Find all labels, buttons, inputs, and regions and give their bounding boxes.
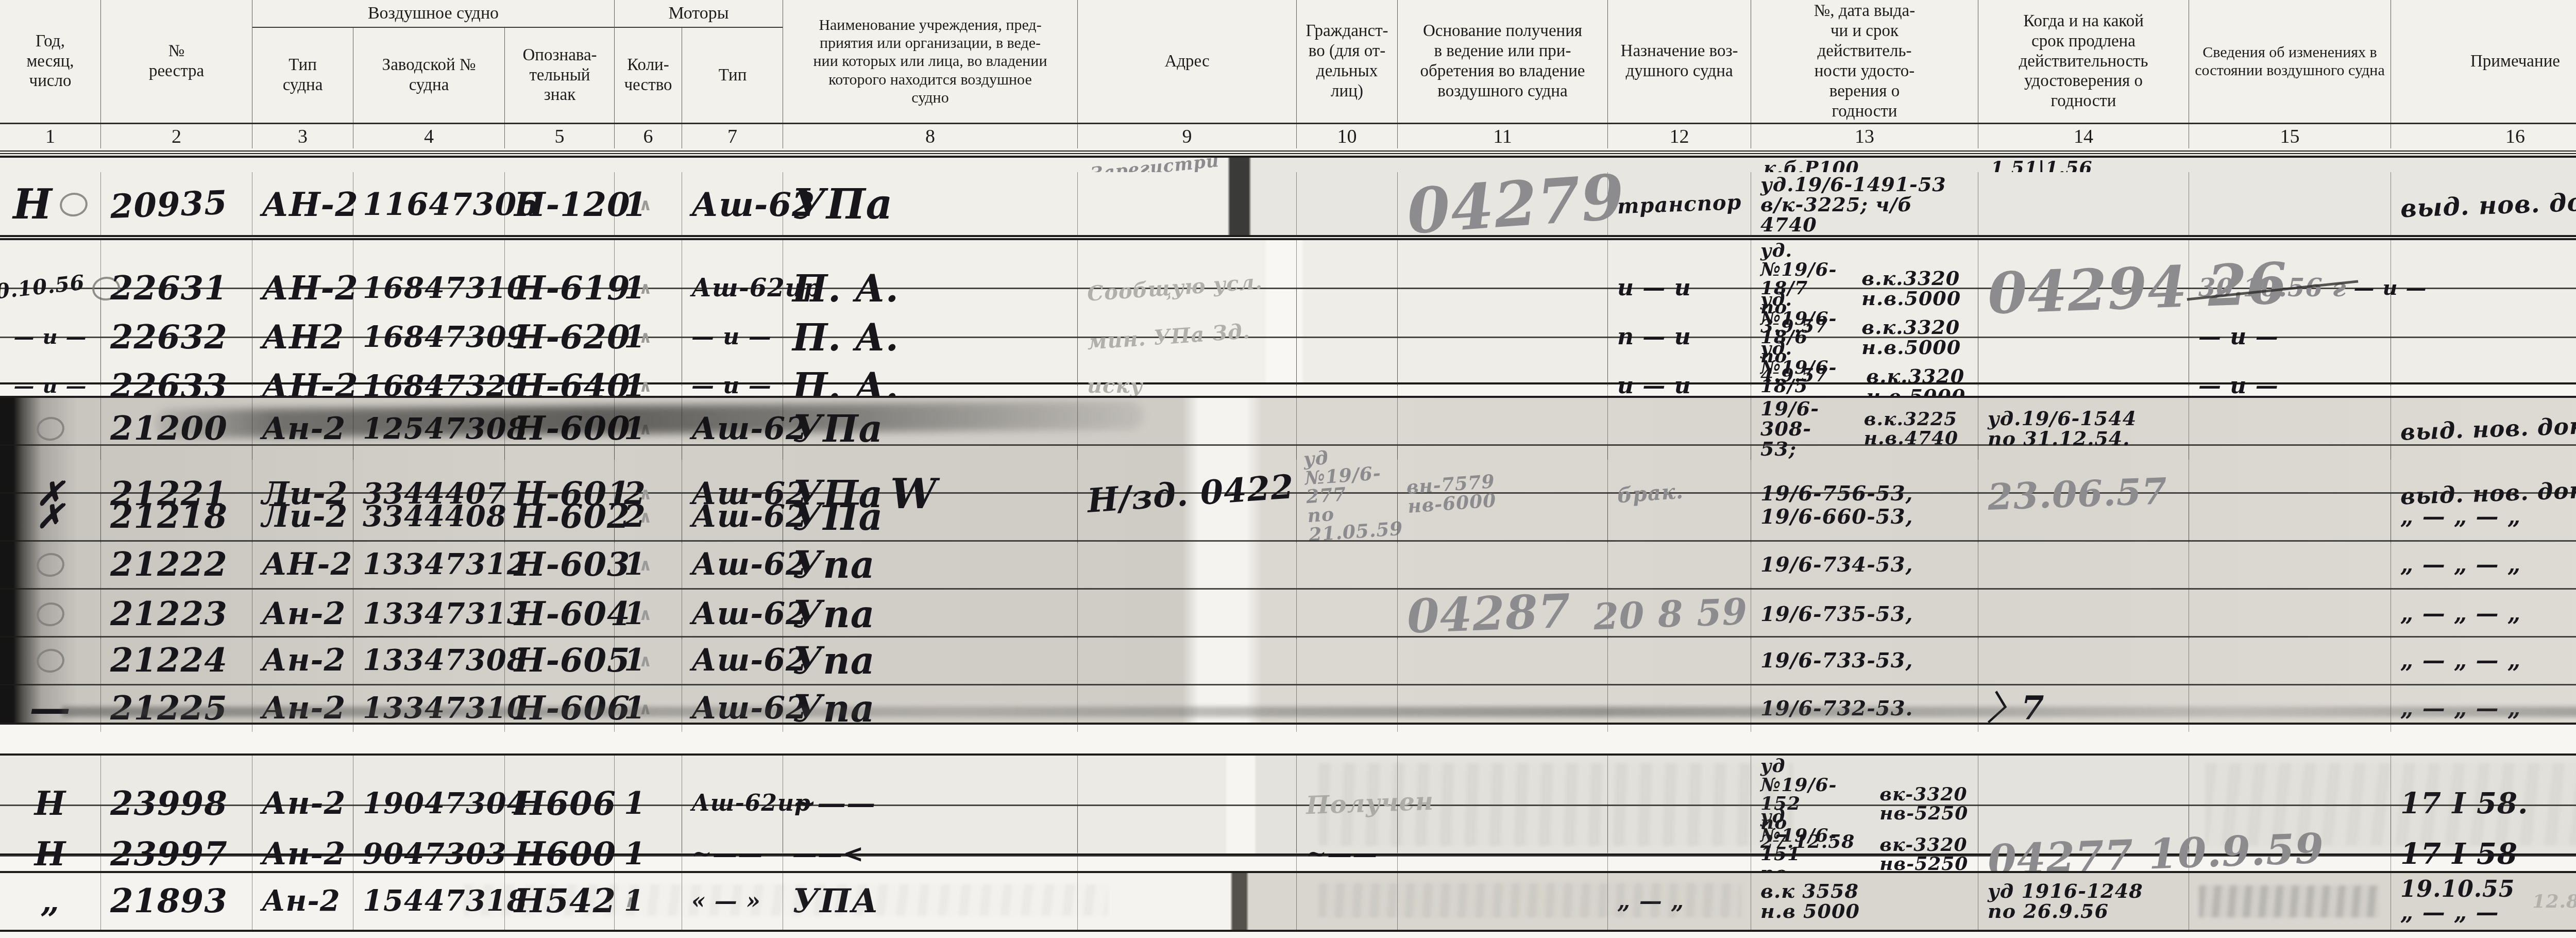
registry-row: ✗21218Ли-23344408Н-602∧2Аш-62УПа19/6-660… [0, 494, 2576, 542]
column-number-2: 2 [101, 124, 252, 148]
cell-col11 [1398, 638, 1608, 684]
handwriting-entry: Н [35, 837, 66, 871]
handwriting-entry: 04287 [1406, 588, 1571, 641]
handwriting-entry: 21225 [110, 692, 228, 725]
handwriting-entry: Ан-2 [262, 886, 341, 916]
handwriting-entry: « — » [691, 890, 761, 913]
handwriting-entry: Ан-2 [262, 413, 346, 445]
handwriting-entry: 13347313 [363, 599, 528, 629]
column-number-3: 3 [252, 124, 353, 148]
cell-col12: „ — „ [1608, 873, 1751, 930]
table-header: Год, месяц, число№ реестраВоздушное судн… [0, 0, 2576, 154]
cell-col5: Н-603∧ [505, 542, 615, 588]
handwriting-entry: 20935 [110, 186, 228, 224]
handwriting-entry: 21224 [110, 644, 228, 677]
handwriting-entry: уд.19/6-1544 по 31.12.54. [1988, 409, 2137, 449]
cell-col5: Н-120∧ [505, 172, 615, 237]
handwriting-entry: и — и [1617, 375, 1691, 398]
cell-col16: „ — „ — „ [2391, 638, 2576, 684]
column-number-4: 4 [353, 124, 505, 148]
handwriting-entry: 19.10.55 „ — „ — [2400, 878, 2515, 925]
cell-col9 [1078, 542, 1297, 588]
cell-col5: Н-605∧ [505, 638, 615, 684]
registry-row: Н23998Ан-219047304Н6061Аш-62ир~——Получен… [0, 756, 2576, 806]
cell-col14 [1978, 590, 2189, 639]
cell-col7: Аш-62 [682, 685, 783, 732]
cell-col8: Упа [783, 590, 1078, 639]
cell-col7: « — » [682, 873, 783, 930]
column-header-14: Когда и на какой срок продлена действите… [1978, 0, 2189, 123]
handwriting-entry: 15447318 [363, 886, 528, 916]
handwriting-entry: Н-600 [514, 412, 631, 445]
handwriting-entry: уд.19/6-1491-53 в/к-3225; ч/б 4740 [1760, 175, 1976, 234]
cell-col13: 19/6-733-53, [1751, 638, 1978, 684]
cell-col2: 21218 [101, 494, 252, 540]
cell-col11 [1398, 542, 1608, 588]
cell-col6: 2 [615, 494, 682, 540]
column-header-13: №, дата выда- чи и срок действитель- нос… [1751, 0, 1978, 123]
registry-row: 30.10.5622631АН-216847310Н-619∧1Аш-62ирП… [0, 240, 2576, 289]
cell-col16: выд. нов. докум [2391, 172, 2576, 237]
handwriting-entry: ~—— [691, 842, 763, 867]
cell-col16: „ — „ — „ [2391, 590, 2576, 639]
registry-row: — и —22633АН-216847320Н-640∧1— и —П. А.и… [0, 338, 2576, 386]
cell-col9 [1078, 590, 1297, 639]
header-numbers-row: 12345678910111213141516 [0, 123, 2576, 148]
cell-col4: 13347308 [353, 638, 505, 684]
cell-col5: Н542∧ [505, 873, 615, 930]
cell-col7: Аш-62 [682, 494, 783, 540]
cell-col15 [2189, 685, 2391, 732]
handwriting-entry: 1 [624, 839, 646, 870]
cell-col5: Н-602∧ [505, 494, 615, 540]
handwriting-entry: 9047303 [363, 840, 507, 869]
handwriting-entry: 19/6-660-53, [1760, 507, 1913, 528]
handwriting-entry: Ан-2 [262, 645, 346, 676]
column-number-5: 5 [505, 124, 615, 148]
cell-col2: 21224 [101, 638, 252, 684]
column-group-2: МоторыКоли- чествоТип [615, 0, 783, 123]
cell-col11: 0428720 8 59 [1398, 590, 1608, 639]
pencil-circle-mark [35, 647, 66, 674]
cell-col1 [0, 542, 101, 588]
cell-col15 [2189, 873, 2391, 930]
column-number-6: 6 [615, 124, 682, 148]
handwriting-entry: выд. нов. докум [2400, 188, 2576, 222]
cell-col4: 11647306 [353, 172, 505, 237]
handwriting-entry: 19/6-732-53. [1760, 698, 1913, 719]
handwriting-entry: — и — [2198, 375, 2279, 398]
handwriting-entry: Н-604 [514, 597, 631, 631]
registry-row: 21223Ан-213347313Н-604∧1Аш-62Упа0428720 … [0, 590, 2576, 638]
cell-col3: Ан-2 [252, 873, 353, 930]
handwriting-entry: Н542 [514, 884, 616, 918]
cell-col1: ✗ [0, 494, 101, 540]
handwriting-entry: ✗ [36, 500, 64, 533]
cell-col15 [2189, 542, 2391, 588]
cell-col9 [1078, 172, 1297, 237]
scan-strip-a: Зарегистрик.б.Р1001 51|1.56Н20935АН-2116… [0, 156, 2576, 237]
cell-col10 [1297, 685, 1398, 732]
cell-col5: Н-606∧ [505, 685, 615, 732]
cell-col14 [1978, 638, 2189, 684]
registry-scan-page: Год, месяц, число№ реестраВоздушное судн… [0, 0, 2576, 938]
handwriting-entry: в.к.3225 н.в.4740 [1864, 410, 1958, 447]
cell-col13: 19/6-734-53, [1751, 542, 1978, 588]
handwriting-entry: Ан-2 [262, 839, 346, 870]
handwriting-entry: „ — „ — „ [2400, 554, 2521, 577]
partial-entry: 1 51|1.56 [1991, 159, 2092, 172]
handwriting-entry: АН-2 [262, 188, 359, 222]
cell-col9 [1078, 638, 1297, 684]
handwriting-entry: 〉7 [1988, 692, 2045, 725]
handwriting-entry: АН-2 [262, 549, 352, 580]
registry-row: 21222АН-213347312Н-603∧1Аш-62Упа19/6-734… [0, 542, 2576, 590]
handwriting-entry: ~—— [1306, 842, 1378, 867]
handwriting-entry: Н [13, 183, 53, 226]
handwriting-entry: „ [41, 884, 60, 918]
cell-col12 [1608, 685, 1751, 732]
handwriting-entry: УПа [792, 410, 883, 447]
scan-strip-d: Н23998Ан-219047304Н6061Аш-62ир~——Получен… [0, 753, 2576, 856]
handwriting-entry: 1 [624, 693, 646, 724]
cell-col14 [1978, 542, 2189, 588]
handwriting-entry: 13347312 [363, 550, 528, 579]
handwriting-entry: транспор [1617, 192, 1742, 217]
cell-col6: 1 [615, 542, 682, 588]
handwriting-entry: Н-120 [514, 188, 631, 222]
cell-col7: Аш-62 [682, 590, 783, 639]
cell-col15 [2189, 590, 2391, 639]
handwriting-entry: „ — „ [1617, 890, 1684, 913]
cell-col14 [1978, 172, 2189, 237]
cell-col10 [1297, 590, 1398, 639]
cell-col14: уд 1916-1248 по 26.9.56 [1978, 873, 2189, 930]
column-group-sublabels: Коли- чествоТип [615, 28, 783, 123]
registry-row: — и —22632АН216847309Н-620∧1— и —П. А.ми… [0, 289, 2576, 338]
cell-col12 [1608, 638, 1751, 684]
cell-col12 [1608, 542, 1751, 588]
cell-col1: „ [0, 873, 101, 930]
handwriting-entry: 21218 [110, 500, 228, 533]
handwriting-entry: 23997 [110, 837, 228, 871]
cell-col4: 3344408 [353, 494, 505, 540]
cell-col14 [1978, 494, 2189, 540]
handwriting-entry: 3344408 [363, 502, 507, 531]
handwriting-entry: Ан-2 [262, 598, 346, 630]
handwriting-entry: Н600 [514, 837, 616, 871]
column-number-9: 9 [1078, 124, 1297, 148]
cell-col3: Ли-2 [252, 494, 353, 540]
handwriting-entry: Н-605 [514, 644, 631, 677]
column-number-7: 7 [682, 124, 783, 148]
cell-col6: 1 [615, 873, 682, 930]
column-header-10: Гражданст- во (для от- дельных лиц) [1297, 0, 1398, 123]
cell-col6: 1 [615, 172, 682, 237]
cell-col3: Ан-2 [252, 638, 353, 684]
handwriting-entry: 12.80.8 [2532, 892, 2576, 911]
handwriting-entry: Н-606 [514, 692, 631, 725]
cell-col9 [1078, 685, 1297, 732]
column-header-16: Примечание [2391, 0, 2576, 123]
handwriting-entry: 13347308 [363, 646, 528, 675]
cell-col10 [1297, 873, 1398, 930]
handwriting-entry: 13347310 [363, 694, 528, 723]
column-number-15: 15 [2189, 124, 2391, 148]
cell-col9 [1078, 873, 1297, 930]
cell-col12: транспор [1608, 172, 1751, 237]
cell-col11 [1398, 873, 1608, 930]
column-number-13: 13 [1751, 124, 1978, 148]
cell-col16: „ — „ — „ [2391, 494, 2576, 540]
scan-strip-e: „21893Ан-215447318Н542∧1« — »УПА„ — „в.к… [0, 871, 2576, 932]
handwriting-entry: 17 I 58 [2400, 840, 2518, 869]
cell-col2: 21225 [101, 685, 252, 732]
column-group-1: Воздушное судноТип суднаЗаводской № судн… [252, 0, 615, 123]
handwriting-entry: ——< [792, 842, 864, 867]
column-number-11: 11 [1398, 124, 1608, 148]
cell-col10 [1297, 172, 1398, 237]
handwriting-entry: 1 [624, 598, 646, 630]
handwriting-entry: Упа [792, 690, 875, 727]
column-header-3: Тип судна [252, 28, 353, 123]
cell-col8: Упа [783, 638, 1078, 684]
cell-col4: 13347313 [353, 590, 505, 639]
cell-col11: 04279 [1398, 172, 1608, 237]
cell-col15 [2189, 172, 2391, 237]
header-labels-row: Год, месяц, число№ реестраВоздушное судн… [0, 0, 2576, 123]
column-group-title: Воздушное судно [252, 0, 614, 28]
handwriting-entry: 19/6-735-53, [1760, 604, 1913, 625]
handwriting-entry: уд 1916-1248 по 26.9.56 [1988, 881, 2143, 922]
column-header-15: Сведения об изменениях в состоянии возду… [2189, 0, 2391, 123]
cell-col10 [1297, 638, 1398, 684]
column-header-8: Наименование учреждения, пред- приятия и… [783, 0, 1078, 123]
handwriting-entry: 2 [624, 501, 646, 532]
cell-col7: Аш-62 [682, 638, 783, 684]
handwriting-entry: Ли-2 [262, 501, 348, 532]
cell-col10 [1297, 494, 1398, 540]
handwriting-entry: „ — „ — „ [2400, 506, 2521, 529]
handwriting-entry: иску [1087, 376, 1143, 397]
cell-col13: в.к 3558 н.в 5000 [1751, 873, 1978, 930]
handwriting-entry: Н-602 [514, 500, 631, 533]
handwriting-entry: 21893 [110, 884, 228, 918]
cell-col15 [2189, 494, 2391, 540]
column-number-10: 10 [1297, 124, 1398, 148]
handwriting-entry: 12547308 [363, 414, 528, 444]
clipped-previous-row: Зарегистрик.б.Р1001 51|1.56 [0, 158, 2576, 172]
column-header-1: Год, месяц, число [0, 0, 101, 123]
cell-col14: 〉7 [1978, 685, 2189, 732]
registry-row: 21224Ан-213347308Н-605∧1Аш-62Упа19/6-733… [0, 638, 2576, 685]
column-header-12: Назначение воз- душного судна [1608, 0, 1751, 123]
cell-col15 [2189, 638, 2391, 684]
cell-col9 [1078, 494, 1297, 540]
scan-strip-c: 21200Ан-212547308Н-600∧1Аш-62УПа19/6-308… [0, 396, 2576, 725]
pencil-circle-mark [35, 600, 66, 628]
cell-col6: 1 [615, 685, 682, 732]
cell-col11 [1398, 494, 1608, 540]
scan-strip-b: 30.10.5622631АН-216847310Н-619∧1Аш-62ирП… [0, 238, 2576, 384]
handwriting-entry: — [29, 688, 71, 730]
registry-row: ✗21221Ли-23344407Н-601∧2Аш-62УПаWН/зд. 0… [0, 446, 2576, 494]
cell-col12 [1608, 590, 1751, 639]
handwriting-entry: — и — [14, 376, 87, 397]
cell-col6: 1 [615, 590, 682, 639]
handwriting-entry: „ — „ — „ [2400, 697, 2521, 721]
registry-row: 21200Ан-212547308Н-600∧1Аш-62УПа19/6-308… [0, 398, 2576, 446]
handwriting-entry: в.к 3558 н.в 5000 [1760, 881, 1860, 922]
handwriting-entry: вк-3320 нв-5250 [1879, 835, 1968, 873]
handwriting-entry: 21222 [110, 548, 228, 581]
cell-col16: 19.10.55 „ — „ —12.80.8 [2391, 873, 2576, 930]
cell-col8: УПа [783, 172, 1078, 237]
pencil-circle-mark [58, 191, 89, 219]
handwriting-entry: 1 [624, 549, 646, 580]
column-header-7: Тип [682, 28, 783, 123]
registry-row: „21893Ан-215447318Н542∧1« — »УПА„ — „в.к… [0, 873, 2576, 931]
cell-col11 [1398, 685, 1608, 732]
handwriting-entry: 21200 [110, 412, 228, 445]
cell-col2: 20935 [101, 172, 252, 237]
column-number-12: 12 [1608, 124, 1751, 148]
cell-col10 [1297, 542, 1398, 588]
column-header-4: Заводской № судна [353, 28, 505, 123]
column-header-5: Опознава- тельный знак [505, 28, 615, 123]
cell-col8: Упа [783, 542, 1078, 588]
column-number-16: 16 [2391, 124, 2576, 148]
handwriting-entry: УПА [792, 884, 879, 918]
handwriting-entry: УПа [792, 498, 883, 535]
cell-col1: Н [0, 172, 101, 237]
cell-col3: АН-2 [252, 542, 353, 588]
column-number-8: 8 [783, 124, 1078, 148]
cell-col13: уд.19/6-1491-53 в/к-3225; ч/б 4740 [1751, 172, 1978, 237]
handwriting-entry: 1 [624, 886, 645, 916]
cell-col13: 19/6-732-53. [1751, 685, 1978, 732]
cell-col7: Аш-62 [682, 542, 783, 588]
cell-col5: Н-604∧ [505, 590, 615, 639]
pencil-circle-mark [35, 415, 66, 443]
cell-col13: 19/6-735-53, [1751, 590, 1978, 639]
pencil-circle-mark [35, 551, 66, 578]
handwriting-entry: 19/6-734-53, [1760, 555, 1913, 576]
column-number-1: 1 [0, 124, 101, 148]
cell-col4: 15447318 [353, 873, 505, 930]
cell-col13: 19/6-660-53, [1751, 494, 1978, 540]
cell-col3: АН-2 [252, 172, 353, 237]
cell-col2: 21893 [101, 873, 252, 930]
cell-col7: Аш-62 [682, 172, 783, 237]
cell-col16: „ — „ — „ [2391, 685, 2576, 732]
cell-col4: 13347310 [353, 685, 505, 732]
cell-col1: — [0, 685, 101, 732]
cell-col3: Ан-2 [252, 590, 353, 639]
handwriting-entry: „ — „ — „ [2400, 649, 2521, 673]
partial-entry: Зарегистри [1090, 158, 1220, 172]
cell-col12 [1608, 494, 1751, 540]
cell-col6: 1 [615, 638, 682, 684]
cell-col3: Ан-2 [252, 685, 353, 732]
registry-row: Н23997Ан-29047303Н6001~————<~——уд №19/6-… [0, 806, 2576, 857]
handwriting-entry: 19/6-733-53, [1760, 650, 1913, 672]
handwriting-entry: Упа [792, 546, 875, 583]
handwriting-entry: Н-603 [514, 548, 631, 581]
handwriting-entry: 1 [624, 645, 646, 676]
handwriting-entry: 21223 [110, 597, 228, 631]
handwriting-entry: Упа [792, 642, 875, 679]
column-header-11: Основание получения в ведение или при- о… [1398, 0, 1608, 123]
cell-col8: УПА [783, 873, 1078, 930]
handwriting-entry: Упа [792, 595, 875, 633]
column-number-14: 14 [1978, 124, 2189, 148]
handwriting-entry: 1 [624, 413, 646, 445]
cell-col4: 13347312 [353, 542, 505, 588]
registry-row: Н20935АН-211647306Н-120∧1Аш-62УПа04279тр… [0, 172, 2576, 235]
cell-col8: Упа [783, 685, 1078, 732]
cell-col2: 21222 [101, 542, 252, 588]
handwriting-entry: „ — „ — „ [2400, 602, 2521, 626]
partial-entry: к.б.Р100 [1764, 159, 1859, 172]
cell-col2: 21223 [101, 590, 252, 639]
cell-col1 [0, 638, 101, 684]
column-header-2: № реестра [101, 0, 252, 123]
column-group-sublabels: Тип суднаЗаводской № суднаОпознава- тель… [252, 28, 614, 123]
handwriting-entry: 1 [624, 188, 648, 222]
handwriting-entry: выд. нов. докум. [2400, 413, 2576, 444]
cell-col1 [0, 590, 101, 639]
handwriting-entry: — и — [691, 375, 772, 398]
column-group-title: Моторы [615, 0, 783, 28]
column-header-9: Адрес [1078, 0, 1297, 123]
handwriting-entry: Ан-2 [262, 693, 346, 724]
handwriting-entry: УПа [792, 183, 893, 226]
registry-row: —21225Ан-213347310Н-606∧1Аш-62Упа19/6-73… [0, 685, 2576, 732]
column-header-6: Коли- чество [615, 28, 682, 123]
cell-col8: УПа [783, 494, 1078, 540]
cell-col16: „ — „ — „ [2391, 542, 2576, 588]
handwriting-entry: 04279 [1405, 165, 1626, 244]
